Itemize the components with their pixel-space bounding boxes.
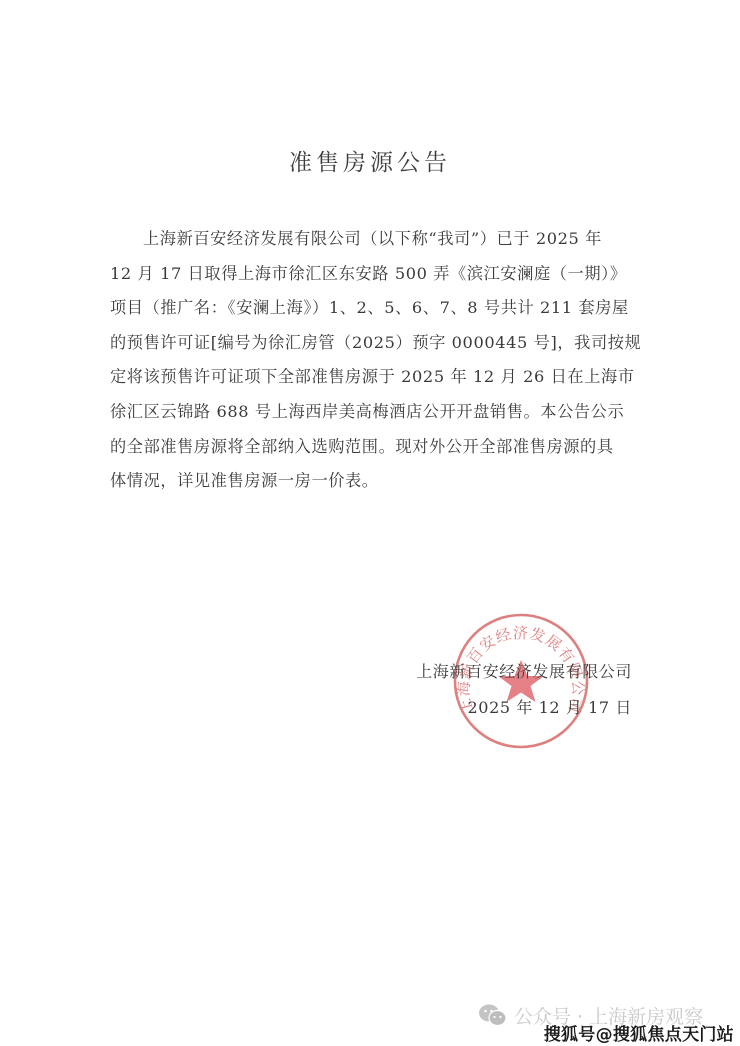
body-line: 定将该预售许可证项下全部准售房源于 2025 年 12 月 26 日在上海市 xyxy=(110,360,635,395)
body-line: 的预售许可证[编号为徐汇房管（2025）预字 0000445 号]，我司按规 xyxy=(110,326,635,361)
signature-date: 2025 年 12 月 17 日 xyxy=(416,690,632,726)
body-line: 体情况，详见准售房源一房一价表。 xyxy=(110,464,635,499)
signature-company: 上海新百安经济发展有限公司 xyxy=(416,654,632,690)
body-line: 12 月 17 日取得上海市徐汇区东安路 500 弄《滨江安澜庭（一期）》 xyxy=(110,257,635,292)
document-title: 准售房源公告 xyxy=(0,144,740,177)
wechat-icon xyxy=(478,1003,508,1027)
document-page: 准售房源公告 上海新百安经济发展有限公司（以下称“我司”）已于 2025 年 1… xyxy=(0,0,740,1046)
body-line: 上海新百安经济发展有限公司（以下称“我司”）已于 2025 年 xyxy=(110,222,635,257)
body-line: 项目（推广名：《安澜上海》）1、2、5、6、7、8 号共计 211 套房屋 xyxy=(110,291,635,326)
sohu-credit: 搜狐号@搜狐焦点天门站 xyxy=(544,1020,734,1045)
signature-block: 上海新百安经济发展有限公司 2025 年 12 月 17 日 xyxy=(416,654,632,726)
announcement-body: 上海新百安经济发展有限公司（以下称“我司”）已于 2025 年 12 月 17 … xyxy=(110,222,635,499)
body-line: 的全部准售房源将全部纳入选购范围。现对外公开全部准售房源的具 xyxy=(110,430,635,465)
body-line: 徐汇区云锦路 688 号上海西岸美高梅酒店公开开盘销售。本公告公示 xyxy=(110,395,635,430)
